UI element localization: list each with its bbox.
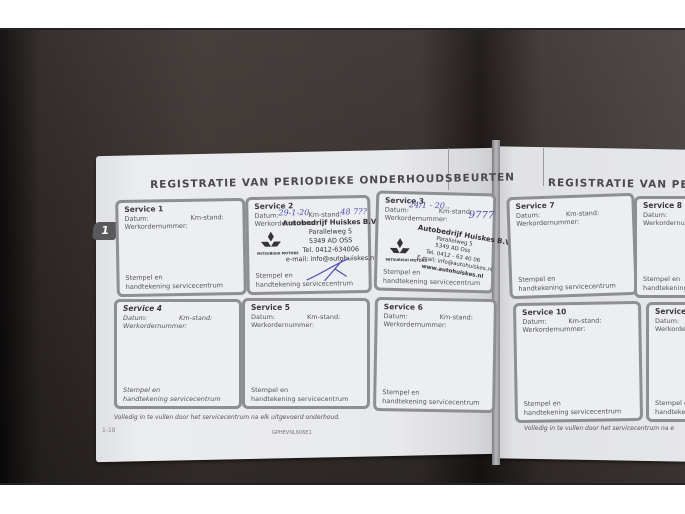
- service-label: Service 6: [384, 302, 423, 312]
- stamp-label-line2: handtekening servicecentrum: [256, 279, 353, 289]
- service-box-2: Service 2 Datum: 29-1-20 Km-stand: 48 7?…: [245, 195, 372, 295]
- stamp-label-line1: Stempel en: [518, 275, 555, 284]
- title-divider-right: [543, 148, 544, 186]
- stamp-label-line2: handtekening servicecentrum: [643, 284, 685, 292]
- date-label: Datum:: [123, 314, 147, 322]
- mitsubishi-logo-icon: MITSUBISHI MOTORS: [390, 238, 411, 261]
- service-box-10: Service 10 Datum: Km-stand: Werkordernum…: [513, 301, 643, 423]
- work-order-label: Werkordernummer:: [516, 218, 579, 228]
- stamp-label-line1: Stempel en: [255, 271, 292, 280]
- stamp-label-line1: Stempel en: [382, 388, 419, 397]
- service-label: Service 1: [124, 204, 163, 214]
- photo-border-top: [0, 28, 685, 30]
- work-order-label: Werkordernummer:: [251, 321, 314, 329]
- footnote-left: Volledig in te vullen door het servicece…: [114, 414, 340, 421]
- service-label: Service 4: [123, 304, 162, 313]
- km-label: Km-stand:: [307, 313, 340, 321]
- km-label: Km-stand:: [179, 314, 212, 322]
- work-order-label: Werkordernummer:: [123, 322, 187, 330]
- service-box-4: Service 4 Datum: Km-stand: Werkordernumm…: [114, 299, 242, 409]
- stamp-label-line1: Stempel en: [643, 275, 680, 283]
- document-code: GPHEVNL606E1: [272, 430, 312, 436]
- service-label: Service 8: [643, 201, 682, 210]
- work-order-label: Werkordernummer:: [385, 214, 448, 224]
- service-box-6: Service 6 Datum: Km-stand: Werkordernumm…: [373, 297, 497, 413]
- stamp-label-line2: handtekening servicecentrum: [382, 397, 479, 407]
- date-label: Datum:: [643, 211, 667, 219]
- stamp-label-line2: handtekening servicecentrum: [123, 395, 221, 403]
- service-label: Service 1: [655, 307, 685, 316]
- date-label: Datum:: [655, 317, 679, 325]
- service-label: Service 5: [251, 303, 290, 312]
- work-order-label: Werkordernummer:: [522, 325, 585, 334]
- chapter-tab: 1: [92, 222, 119, 240]
- service-box-1: Service 1 Datum: Km-stand: Werkordernumm…: [115, 198, 247, 297]
- stamp-label-line2: handtekening servicecentrum: [126, 281, 223, 291]
- stamp-label-line1: Stempel en: [125, 273, 162, 282]
- work-order-label: Werkordernummer:: [655, 325, 685, 333]
- page-number: 1-18: [102, 427, 116, 434]
- stamp-label-line1: Stempel en: [655, 399, 685, 407]
- stamp-label-line1: Stempel en: [383, 268, 420, 277]
- service-box-5: Service 5 Datum: Km-stand: Werkordernumm…: [242, 298, 370, 409]
- service-label: Service 10: [522, 307, 566, 317]
- stamp-label-line2: handtekening servicecentrum: [383, 277, 481, 288]
- stamp-label-line1: Stempel en: [251, 386, 288, 394]
- service-label: Service 7: [515, 201, 554, 211]
- mitsubishi-logo-icon: MITSUBISHI MOTORS: [261, 231, 281, 253]
- work-order-label: Werkordernummer:: [643, 219, 685, 227]
- stamp-label-line1: Stempel en: [524, 399, 561, 408]
- service-box-11: Service 1 Datum: Werkordernummer: Stempe…: [646, 302, 685, 422]
- service-box-8: Service 8 Datum: Werkordernummer: Stempe…: [634, 196, 685, 298]
- footnote-right: Volledig in te vullen door het servicece…: [524, 425, 674, 432]
- service-box-7: Service 7 Datum: Km-stand: Werkordernumm…: [506, 193, 637, 299]
- handwritten-date: 29-1-20: [278, 208, 309, 218]
- km-label: Km-stand:: [190, 213, 223, 222]
- page-title-right: REGISTRATIE VAN PERIO: [548, 177, 685, 191]
- work-order-label: Werkordernummer:: [125, 222, 188, 231]
- handwritten-km: 48 7??: [340, 207, 367, 216]
- handwritten-km: 9777: [469, 210, 495, 222]
- date-label: Datum:: [251, 313, 275, 321]
- photo-border-bottom: [0, 483, 685, 485]
- stamp-label-line2: handtekening servicecentrum: [655, 408, 685, 416]
- work-order-label: Werkordernummer:: [383, 320, 446, 329]
- stamp-label-line2: handtekening servicecentrum: [524, 407, 621, 417]
- service-box-3: Service 3 Datum: 24/1 - 20.. Km-stand: 9…: [374, 190, 497, 293]
- stamp-label-line1: Stempel en: [123, 386, 160, 394]
- stamp-label-line2: handtekening servicecentrum: [251, 395, 348, 403]
- km-label: Km-stand:: [566, 209, 600, 218]
